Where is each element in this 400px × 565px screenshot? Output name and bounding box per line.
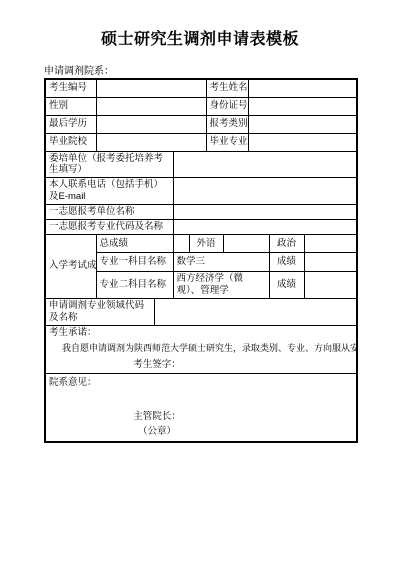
- graduate-major-value: [248, 133, 357, 151]
- entrust-unit-value: [173, 151, 357, 178]
- table-row-first-choice-unit: 一志愿报考单位名称: [45, 205, 357, 220]
- politics-value: [304, 235, 357, 253]
- gender-label: 性别: [45, 97, 96, 115]
- page-title: 硕士研究生调剂申请表模板: [0, 26, 400, 49]
- commitment-heading: 考生承诺：: [49, 327, 353, 339]
- subject2-name: 西方经济学（微观）、管理学: [173, 272, 269, 299]
- total-score-label: 总成绩: [96, 235, 173, 253]
- last-education-label: 最后学历: [45, 115, 96, 133]
- subject1-score-label: 成绩: [269, 253, 304, 272]
- candidate-number-value: [96, 79, 206, 97]
- id-number-value: [248, 97, 357, 115]
- subject1-label: 专业一科目名称: [96, 253, 173, 272]
- opinion-heading: 院系意见：: [49, 377, 353, 389]
- first-choice-major-value: [173, 220, 357, 235]
- table-row-first-choice-major: 一志愿报考专业代码及名称: [45, 220, 357, 235]
- graduate-major-label: 毕业专业: [206, 133, 248, 151]
- subject1-score-value: [304, 253, 357, 272]
- first-choice-unit-value: [173, 205, 357, 220]
- table-row-gender-id: 性别 身份证号: [45, 97, 357, 115]
- subject1-name: 数学三: [173, 253, 269, 272]
- candidate-name-label: 考生姓名: [206, 79, 248, 97]
- document-page: 硕士研究生调剂申请表模板 申请调剂院系： 考生编号 考生姓名 性别 身份证号: [0, 0, 400, 565]
- table-row-contact: 本人联系电话（包括手机）及E-mail: [45, 178, 357, 205]
- subject2-score-value: [304, 272, 357, 299]
- contact-phone-email-value: [173, 178, 357, 205]
- commitment-text: 我自愿申请调剂为陕西师范大学硕士研究生，录取类别、专业、方向服从安排。: [49, 343, 353, 354]
- candidate-signature-label: 考生签字：: [49, 359, 353, 371]
- first-choice-unit-label: 一志愿报考单位名称: [45, 205, 173, 220]
- apply-category-label: 报考类别: [206, 115, 248, 133]
- table-row-education-category: 最后学历 报考类别: [45, 115, 357, 133]
- entrust-unit-label: 委培单位（报考委托培养考生填写）: [45, 151, 173, 178]
- candidate-number-label: 考生编号: [45, 79, 96, 97]
- application-form-table: 考生编号 考生姓名 性别 身份证号 最后学历 报考类别 毕业院校 毕业专业: [44, 78, 358, 443]
- id-number-label: 身份证号: [206, 97, 248, 115]
- transfer-major-value: [154, 298, 357, 325]
- graduate-school-label: 毕业院校: [45, 133, 96, 151]
- last-education-value: [96, 115, 206, 133]
- politics-label: 政治: [269, 235, 304, 253]
- graduate-school-value: [96, 133, 206, 151]
- foreign-language-label: 外语: [189, 235, 223, 253]
- opinion-cell: 院系意见： 主管院长： （公章）: [45, 373, 357, 442]
- total-score-value: [173, 235, 189, 253]
- apply-category-value: [248, 115, 357, 133]
- gender-value: [96, 97, 206, 115]
- first-choice-major-label: 一志愿报考专业代码及名称: [45, 220, 173, 235]
- table-row-opinion: 院系意见： 主管院长： （公章）: [45, 373, 357, 442]
- table-row-transfer-major: 申请调剂专业领域代码及名称: [45, 298, 357, 325]
- exam-section-label: 入学考试成绩: [45, 235, 96, 299]
- commitment-cell: 考生承诺： 我自愿申请调剂为陕西师范大学硕士研究生，录取类别、专业、方向服从安排…: [45, 325, 357, 373]
- table-row-school-major: 毕业院校 毕业专业: [45, 133, 357, 151]
- official-seal-label: （公章）: [49, 426, 353, 438]
- table-row-commitment: 考生承诺： 我自愿申请调剂为陕西师范大学硕士研究生，录取类别、专业、方向服从安排…: [45, 325, 357, 373]
- subject2-label: 专业二科目名称: [96, 272, 173, 299]
- subject2-score-label: 成绩: [269, 272, 304, 299]
- candidate-name-value: [248, 79, 357, 97]
- apply-department-label: 申请调剂院系：: [44, 62, 114, 77]
- table-row-entrust-unit: 委培单位（报考委托培养考生填写）: [45, 151, 357, 178]
- transfer-major-label: 申请调剂专业领域代码及名称: [45, 298, 154, 325]
- foreign-language-value: [223, 235, 269, 253]
- contact-phone-email-label: 本人联系电话（包括手机）及E-mail: [45, 178, 173, 205]
- dean-signature-label: 主管院长：: [49, 411, 353, 423]
- table-row-exam-totals: 入学考试成绩 总成绩 外语 政治: [45, 235, 357, 253]
- table-row-candidate-number-name: 考生编号 考生姓名: [45, 79, 357, 97]
